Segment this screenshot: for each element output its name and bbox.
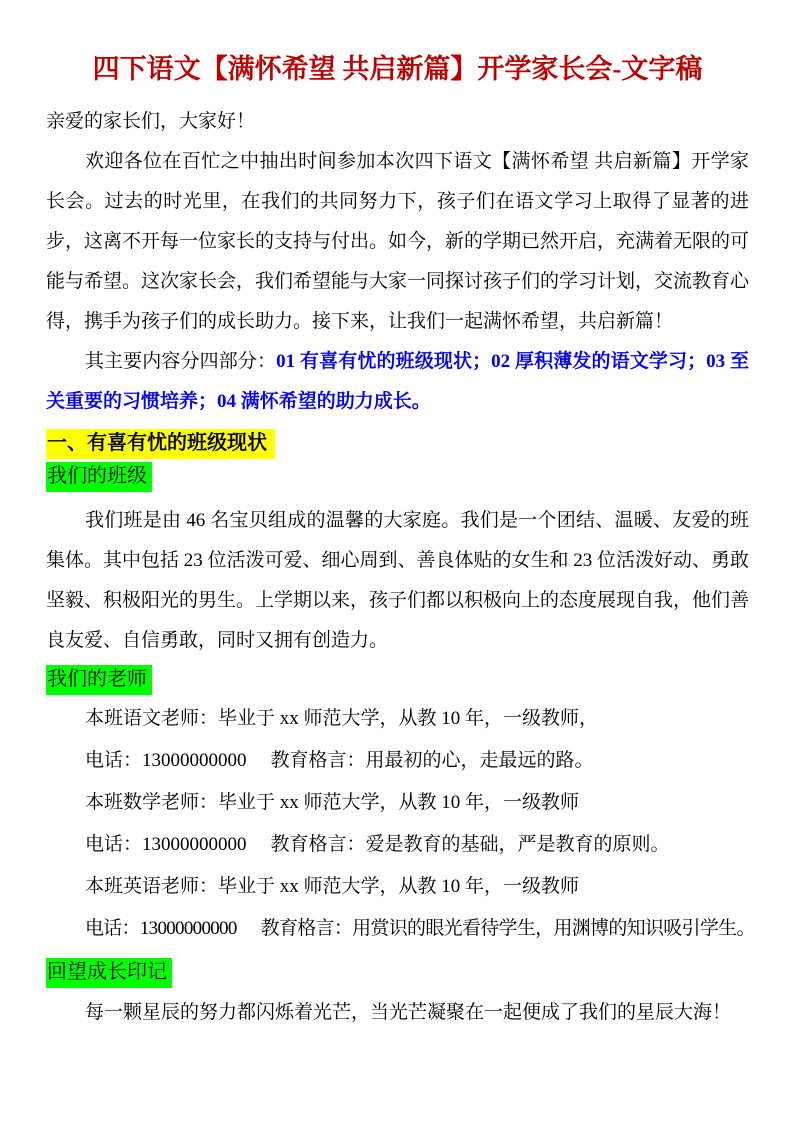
teacher-contact-line: 电话：13000000000教育格言：爱是教育的基础，严是教育的原则。 — [46, 824, 749, 866]
document-page: 四下语文【满怀希望 共启新篇】开学家长会-文字稿 亲爱的家长们，大家好！ 欢迎各… — [0, 0, 793, 1122]
teacher-phone: 电话：13000000000 — [85, 918, 237, 939]
subheading-our-class-text: 我们的班级 — [46, 462, 152, 492]
subheading-our-teachers: 我们的老师 — [46, 667, 749, 692]
teacher-motto: 教育格言：爱是教育的基础，严是教育的原则。 — [270, 834, 669, 855]
subheading-growth-review-text: 回望成长印记 — [46, 958, 172, 988]
section-heading-1: 一、有喜有忧的班级现状 — [46, 430, 749, 456]
teacher-entry-english: 本班英语老师：毕业于 xx 师范大学，从教 10 年，一级教师 电话：13000… — [46, 866, 749, 950]
teacher-intro-line: 本班语文老师：毕业于 xx 师范大学，从教 10 年，一级教师， — [46, 698, 749, 740]
teacher-motto: 教育格言：用最初的心，走最远的路。 — [270, 750, 593, 771]
agenda-prefix: 其主要内容分四部分： — [85, 351, 276, 372]
subheading-our-class: 我们的班级 — [46, 464, 749, 489]
intro-paragraph: 欢迎各位在百忙之中抽出时间参加本次四下语文【满怀希望 共启新篇】开学家长会。过去… — [46, 142, 749, 342]
closing-paragraph: 每一颗星辰的努力都闪烁着光芒，当光芒凝聚在一起便成了我们的星辰大海！ — [46, 993, 749, 1033]
teacher-contact-line: 电话：13000000000教育格言：用最初的心，走最远的路。 — [46, 740, 749, 782]
agenda-paragraph: 其主要内容分四部分：01 有喜有忧的班级现状；02 厚积薄发的语文学习；03 至… — [46, 342, 749, 422]
document-title: 四下语文【满怀希望 共启新篇】开学家长会-文字稿 — [46, 50, 749, 88]
greeting-line: 亲爱的家长们，大家好！ — [46, 102, 749, 142]
subheading-our-teachers-text: 我们的老师 — [46, 665, 152, 695]
teacher-contact-line: 电话：13000000000教育格言：用赏识的眼光看待学生，用渊博的知识吸引学生… — [46, 908, 749, 950]
teacher-phone: 电话：13000000000 — [85, 750, 247, 771]
teacher-intro-line: 本班数学老师：毕业于 xx 师范大学，从教 10 年，一级教师 — [46, 782, 749, 824]
teacher-entry-math: 本班数学老师：毕业于 xx 师范大学，从教 10 年，一级教师 电话：13000… — [46, 782, 749, 866]
teacher-motto: 教育格言：用赏识的眼光看待学生，用渊博的知识吸引学生。 — [261, 918, 755, 939]
teacher-intro-line: 本班英语老师：毕业于 xx 师范大学，从教 10 年，一级教师 — [46, 866, 749, 908]
teachers-list: 本班语文老师：毕业于 xx 师范大学，从教 10 年，一级教师， 电话：1300… — [46, 698, 749, 950]
class-description-paragraph: 我们班是由 46 名宝贝组成的温馨的大家庭。我们是一个团结、温暖、友爱的班集体。… — [46, 501, 749, 661]
teacher-entry-chinese: 本班语文老师：毕业于 xx 师范大学，从教 10 年，一级教师， 电话：1300… — [46, 698, 749, 782]
teacher-phone: 电话：13000000000 — [85, 834, 247, 855]
subheading-growth-review: 回望成长印记 — [46, 960, 749, 985]
section-heading-1-text: 一、有喜有忧的班级现状 — [46, 429, 275, 459]
